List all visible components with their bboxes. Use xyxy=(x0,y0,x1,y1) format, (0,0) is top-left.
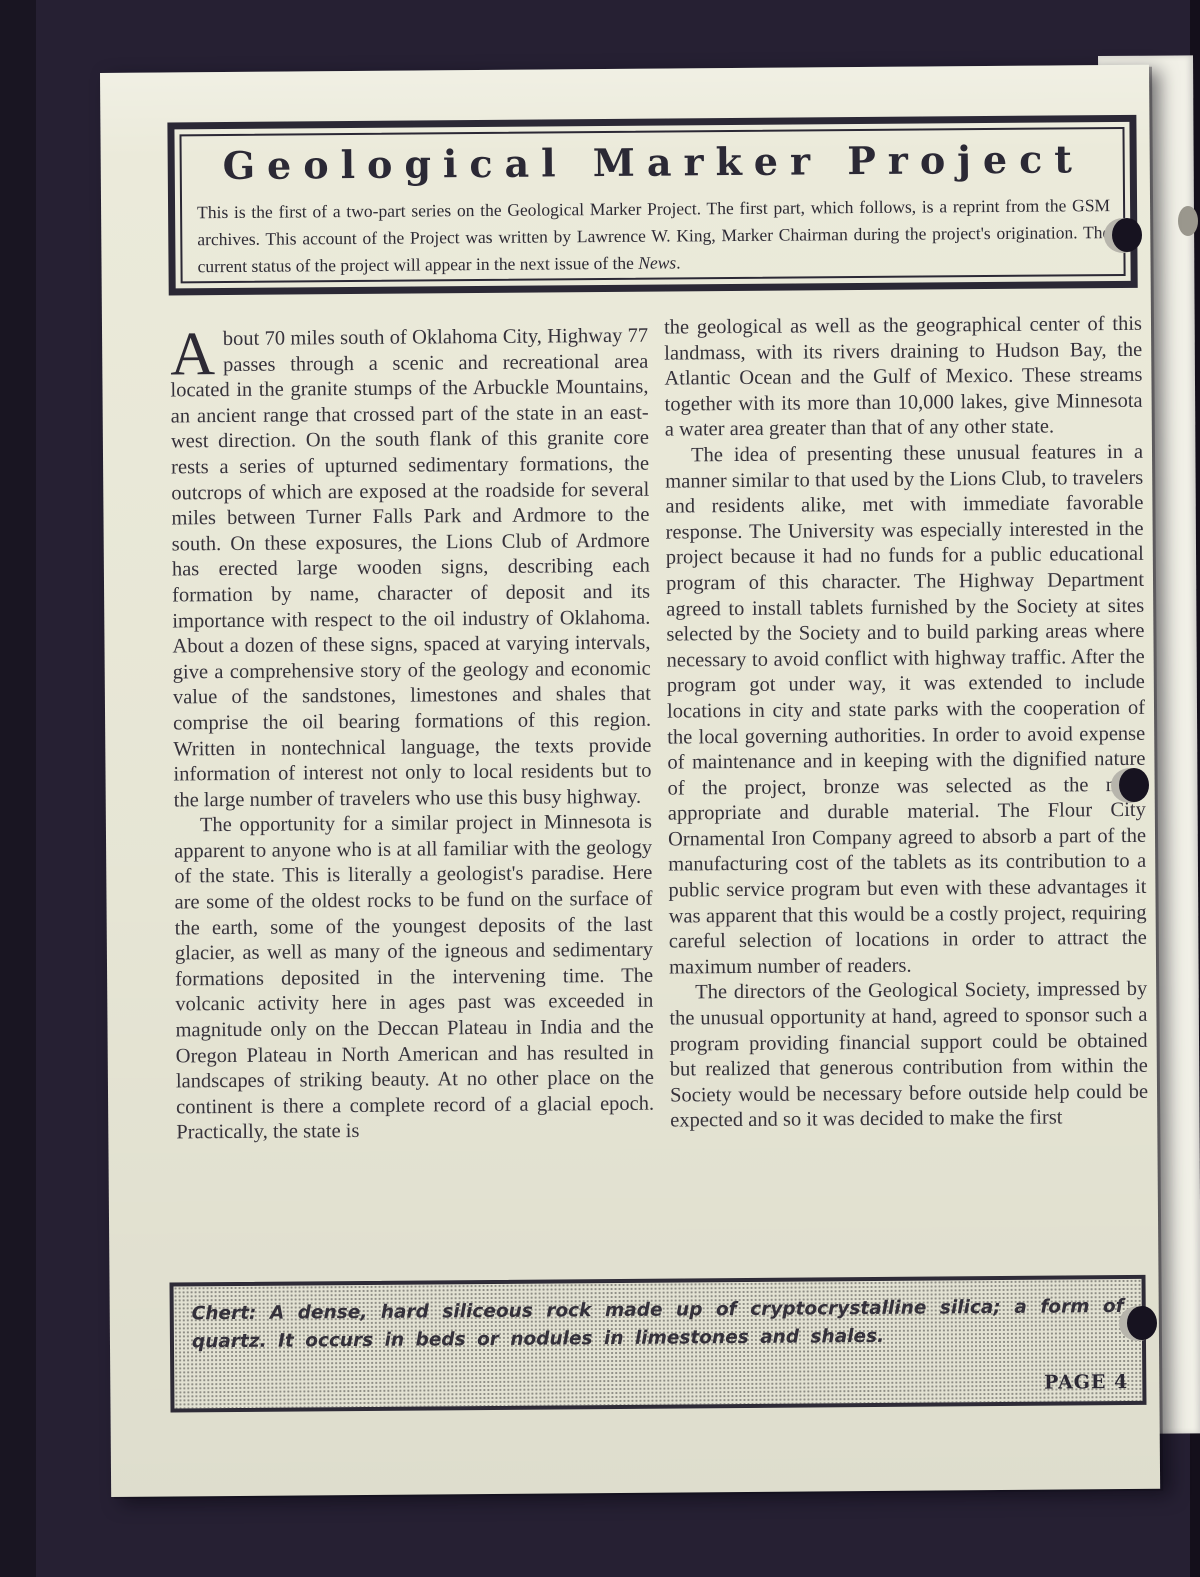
definition-text: Chert: A dense, hard siliceous rock made… xyxy=(192,1293,1124,1356)
definition-box: Chert: A dense, hard siliceous rock made… xyxy=(170,1275,1147,1413)
paragraph-directors: The directors of the Geological Society,… xyxy=(669,977,1148,1134)
header-intro-italic: News xyxy=(638,252,676,272)
page-title: Geological Marker Project xyxy=(197,136,1110,189)
opening-paragraph-text: bout 70 miles south of Oklahoma City, Hi… xyxy=(170,325,651,811)
hole-punch-void xyxy=(1119,768,1149,802)
paragraph-presenting-idea: The idea of presenting these unusual fea… xyxy=(665,440,1147,981)
hole-punch-back-sheet xyxy=(1178,206,1198,236)
column-right: the geological as well as the geographic… xyxy=(664,312,1148,1143)
left-background-shadow xyxy=(0,0,36,1577)
paragraph-minnesota-opportunity: The opportunity for a similar project in… xyxy=(174,810,655,1146)
paragraph-opening: About 70 miles south of Oklahoma City, H… xyxy=(170,324,652,814)
header-box: Geological Marker Project This is the fi… xyxy=(167,115,1137,296)
header-intro: This is the first of a two-part series o… xyxy=(197,192,1111,280)
article-columns: About 70 miles south of Oklahoma City, H… xyxy=(170,312,1148,1147)
paragraph-continuation: the geological as well as the geographic… xyxy=(664,312,1143,444)
drop-cap: A xyxy=(170,327,223,378)
newsletter-page: Geological Marker Project This is the fi… xyxy=(100,65,1160,1497)
hole-punch-middle xyxy=(1111,768,1149,803)
page-number-label: PAGE 4 xyxy=(1044,1371,1128,1394)
column-left: About 70 miles south of Oklahoma City, H… xyxy=(170,316,654,1147)
hole-punch-void xyxy=(1112,218,1142,252)
hole-punch-top xyxy=(1104,218,1142,253)
hole-punch-bottom xyxy=(1119,1306,1157,1341)
hole-punch-void xyxy=(1127,1306,1157,1340)
header-intro-period: . xyxy=(676,252,681,272)
